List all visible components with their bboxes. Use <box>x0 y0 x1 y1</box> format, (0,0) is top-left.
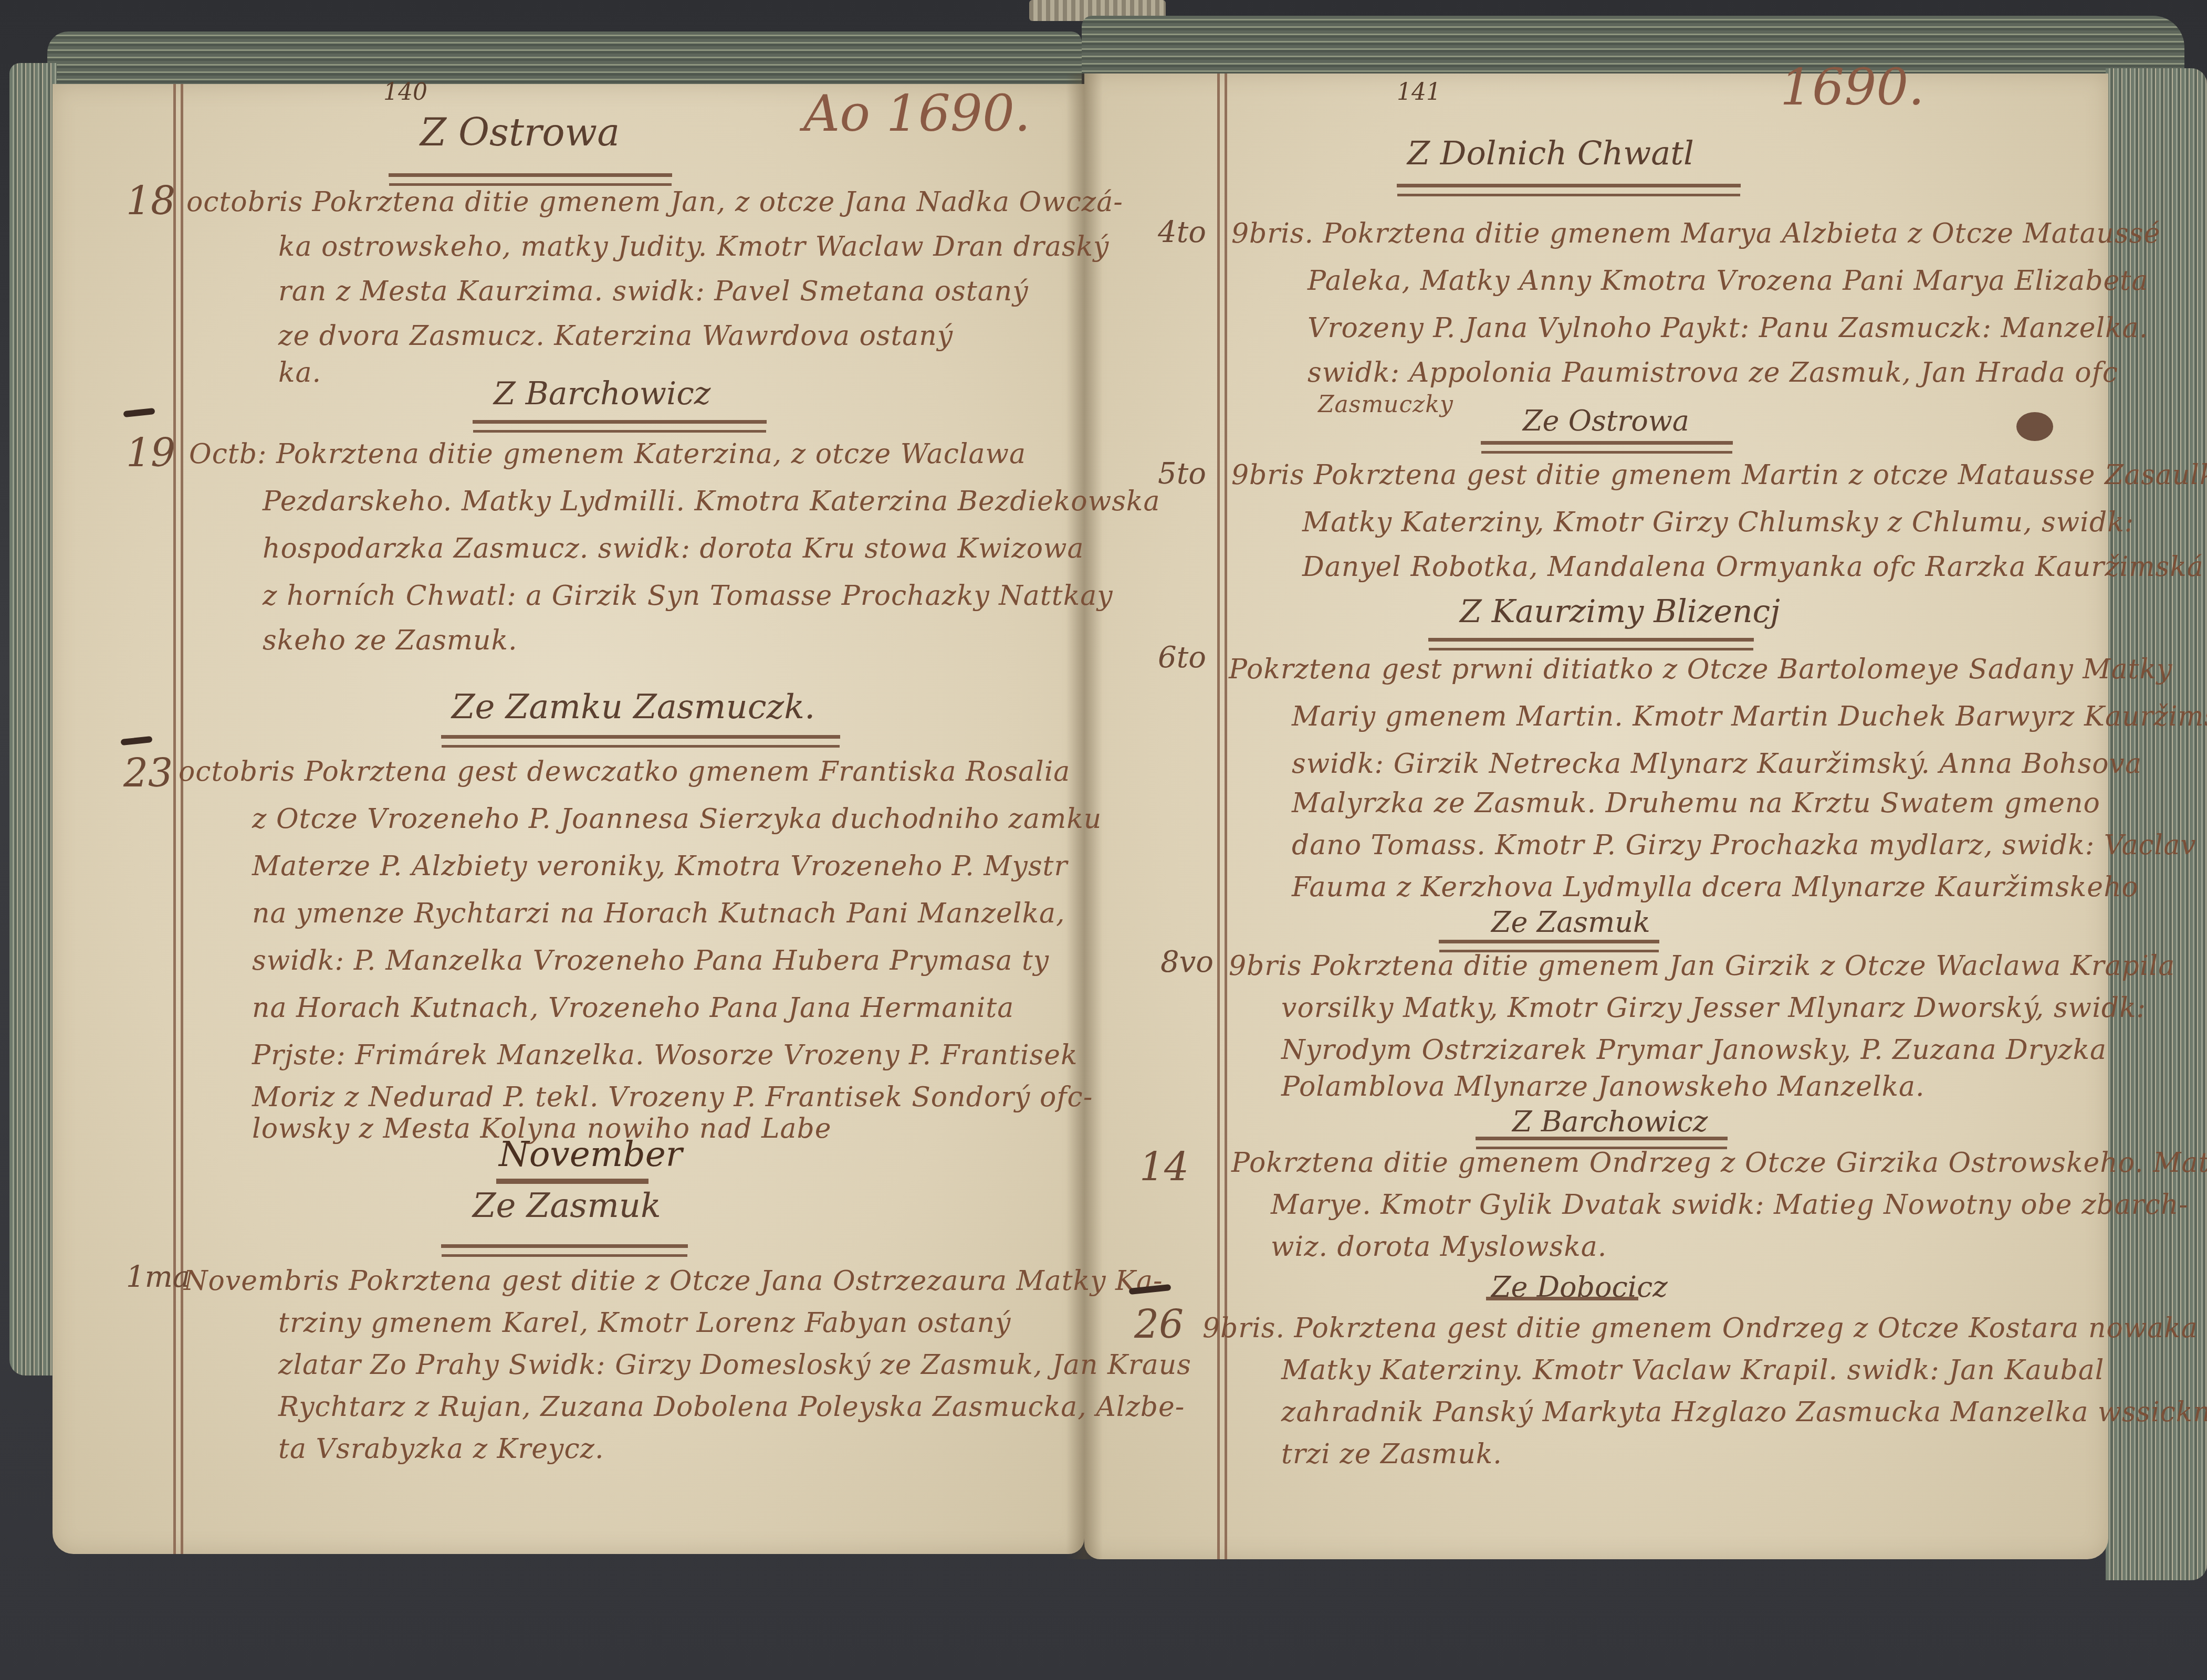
entry-line: Fauma z Kerzhova Lydmylla dcera Mlynarze… <box>1292 871 2139 903</box>
entry-line: 9bris Pokrztena ditie gmenem Jan Girzik … <box>1229 950 2175 982</box>
margin-date: 5to <box>1158 457 1206 491</box>
heading-underline <box>389 173 672 177</box>
entry-line: ka. <box>278 357 321 388</box>
heading-underline <box>1397 184 1741 187</box>
page-number: 140 <box>383 79 427 106</box>
entry-line: octobris Pokrztena ditie gmenem Jan, z o… <box>186 186 1123 218</box>
heading-underline <box>473 420 767 424</box>
margin-date: 14 <box>1139 1144 1189 1190</box>
entry-line: Mariy gmenem Martin. Kmotr Martin Duchek… <box>1292 701 2207 732</box>
entry-line: ka ostrowskeho, matky Judity. Kmotr Wacl… <box>278 231 1110 262</box>
entry-line: Nyrodym Ostrzizarek Prymar Janowsky, P. … <box>1281 1034 2107 1066</box>
entry-line: Matky Katerziny, Kmotr Girzy Chlumsky z … <box>1302 507 2134 538</box>
section-heading: Z Barchowicz <box>1512 1105 1708 1138</box>
year-mark: Ao 1690. <box>803 84 1030 143</box>
heading-underline <box>1486 1297 1638 1300</box>
entry-line: Octb: Pokrztena ditie gmenem Katerzina, … <box>189 438 1026 470</box>
entry-line: 9bris. Pokrztena ditie gmenem Marya Alzb… <box>1231 218 2160 249</box>
section-heading: Ze Ostrowa <box>1523 404 1689 437</box>
section-heading: Ze Zamku Zasmuczk. <box>452 688 815 727</box>
entry-line: zahradnik Panský Markyta Hzglazo Zasmuck… <box>1281 1396 2207 1428</box>
heading-underline <box>496 1179 648 1184</box>
entry-line: Novembris Pokrztena gest ditie z Otcze J… <box>184 1265 1163 1297</box>
margin-date: 19 <box>126 430 175 476</box>
section-heading: Z Ostrowa <box>420 110 620 154</box>
entry-line: skeho ze Zasmuk. <box>263 625 518 656</box>
entry-line: swidk: P. Manzelka Vrozeneho Pana Hubera… <box>252 945 1049 976</box>
left-margin-rule <box>181 84 183 1554</box>
entry-line: dano Tomass. Kmotr P. Girzy Prochazka my… <box>1292 829 2196 861</box>
entry-line: Pezdarskeho. Matky Lydmilli. Kmotra Kate… <box>263 486 1160 517</box>
entry-line: hospodarzka Zasmucz. swidk: dorota Kru s… <box>263 533 1084 564</box>
entry-line: swidk: Girzik Netrecka Mlynarz Kauržimsk… <box>1292 748 2142 780</box>
entry-line: vorsilky Matky, Kmotr Girzy Jesser Mlyna… <box>1281 992 2146 1024</box>
year-mark: 1690. <box>1780 58 1924 117</box>
entry-line: swidk: Appolonia Paumistrova ze Zasmuk, … <box>1308 357 2118 388</box>
page-number: 141 <box>1397 79 1441 106</box>
entry-line: Moriz z Nedurad P. tekl. Vrozeny P. Fran… <box>252 1081 1093 1113</box>
section-heading: Z Barchowicz <box>494 375 710 412</box>
heading-underline <box>441 735 840 739</box>
entry-line: octobris Pokrztena gest dewczatko gmenem… <box>179 756 1070 787</box>
entry-line: Matky Katerziny. Kmotr Vaclaw Krapil. sw… <box>1281 1354 2104 1386</box>
entry-line: wiz. dorota Myslowska. <box>1271 1231 1607 1263</box>
entry-line: Polamblova Mlynarze Janowskeho Manzelka. <box>1281 1071 1925 1102</box>
margin-date: 6to <box>1158 640 1206 675</box>
entry-line: Marye. Kmotr Gylik Dvatak swidk: Matieg … <box>1271 1189 2189 1221</box>
entry-line: Pokrztena gest prwni ditiatko z Otcze Ba… <box>1229 654 2172 685</box>
entry-line: trziny gmenem Karel, Kmotr Lorenz Fabyan… <box>278 1307 1011 1339</box>
entry-line: Paleka, Matky Anny Kmotra Vrozena Pani M… <box>1308 265 2148 297</box>
entry-line: Danyel Robotka, Mandalena Ormyanka ofc R… <box>1302 551 2204 583</box>
margin-date: 8vo <box>1160 945 1214 979</box>
margin-date: 4to <box>1158 215 1206 249</box>
page-edges-top-right <box>1082 16 2184 73</box>
ink-blot <box>2016 412 2053 441</box>
section-heading: Ze Zasmuk <box>473 1186 661 1225</box>
left-margin-rule <box>173 84 176 1554</box>
entry-line: z Otcze Vrozeneho P. Joannesa Sierzyka d… <box>252 803 1102 835</box>
entry-line: Prjste: Frimárek Manzelka. Wosorze Vroze… <box>252 1039 1078 1071</box>
section-heading: Z Dolnich Chwatl <box>1407 134 1694 172</box>
margin-date: 23 <box>123 751 173 796</box>
entry-line: trzi ze Zasmuk. <box>1281 1438 1502 1470</box>
heading-underline <box>1439 940 1659 943</box>
entry-line: Vrozeny P. Jana Vylnoho Paykt: Panu Zasm… <box>1308 312 2148 344</box>
section-heading: Z Kaurzimy Blizencj <box>1460 593 1780 630</box>
entry-line: zlatar Zo Prahy Swidk: Girzy Domesloský … <box>278 1349 1191 1381</box>
entry-line: Zasmuczky <box>1318 391 1453 418</box>
entry-line: Pokrztena ditie gmenem Ondrzeg z Otcze G… <box>1231 1147 2207 1179</box>
entry-line: Rychtarz z Rujan, Zuzana Dobolena Poleys… <box>278 1391 1185 1423</box>
entry-line: Malyrzka ze Zasmuk. Druhemu na Krztu Swa… <box>1292 787 2100 819</box>
entry-line: ze dvora Zasmucz. Katerzina Wawrdova ost… <box>278 320 953 352</box>
entry-line: ta Vsrabyzka z Kreycz. <box>278 1433 604 1465</box>
entry-line: ran z Mesta Kaurzima. swidk: Pavel Smeta… <box>278 276 1029 307</box>
entry-line: 9bris. Pokrztena gest ditie gmenem Ondrz… <box>1202 1312 2198 1344</box>
margin-date: 1ma <box>126 1260 190 1294</box>
entry-line: Materze P. Alzbiety veroniky, Kmotra Vro… <box>252 850 1068 882</box>
entry-line: na Horach Kutnach, Vrozeneho Pana Jana H… <box>252 992 1014 1024</box>
page-edges-left <box>9 63 57 1375</box>
entry-line: 9bris Pokrztena gest ditie gmenem Martin… <box>1231 459 2207 491</box>
entry-line: z horních Chwatl: a Girzik Syn Tomasse P… <box>263 580 1113 612</box>
section-heading: Ze Zasmuk <box>1491 906 1650 939</box>
heading-underline <box>1476 1137 1728 1140</box>
margin-date: 26 <box>1134 1302 1184 1347</box>
heading-underline <box>441 1244 688 1248</box>
margin-date: 18 <box>126 178 175 224</box>
month-heading: November <box>499 1134 682 1174</box>
heading-underline <box>1428 638 1754 642</box>
heading-underline <box>1481 441 1733 445</box>
entry-line: na ymenze Rychtarzi na Horach Kutnach Pa… <box>252 898 1065 929</box>
